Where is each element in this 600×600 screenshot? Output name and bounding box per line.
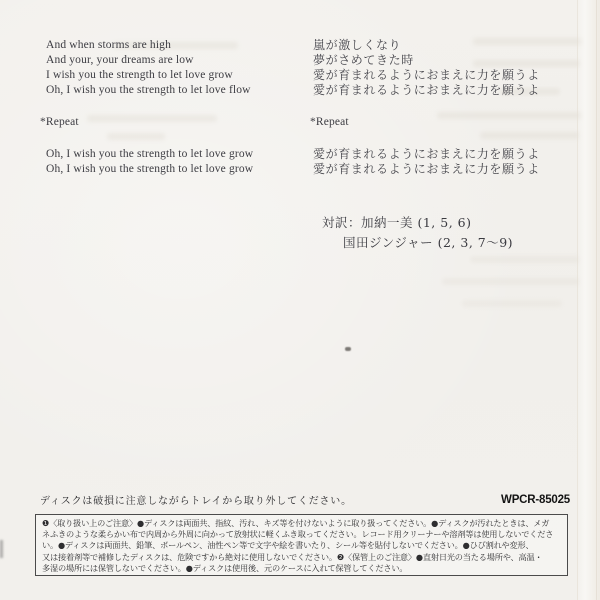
repeat-marker-english: *Repeat	[40, 115, 79, 130]
bleed-through-mark	[107, 133, 165, 140]
translation-credit-line2: 国田ジンジャー (2, 3, 7～9)	[343, 235, 513, 251]
repeat-marker-japanese: *Repeat	[310, 115, 349, 130]
handling-notice-line: 多湿の場所には保管しないでください。●ディスクは使用後、元のケースに入れて保管し…	[42, 563, 561, 574]
scan-speck	[345, 347, 351, 351]
page-edge-line	[596, 0, 597, 600]
lyric-line-japanese: 夢がさめてきた時	[313, 53, 414, 68]
lyric-line-japanese: 愛が育まれるようにおまえに力を願うよ	[313, 162, 540, 177]
scan-edge-smudge	[0, 540, 3, 558]
bleed-through-mark	[462, 300, 562, 307]
bleed-through-mark	[480, 132, 580, 139]
handling-notice-line: い。●ディスクは両面共、鉛筆、ボールペン、油性ペン等で文字や絵を書いたり、シール…	[42, 540, 561, 551]
bleed-through-mark	[437, 112, 585, 119]
bleed-through-mark	[473, 38, 590, 45]
lyric-line-english: Oh, I wish you the strength to let love …	[46, 162, 253, 177]
handling-notice-line: ネふきのような柔らかい布で内周から外周に向かって放射状に軽くふき取ってください。…	[42, 529, 561, 540]
page-edge-line	[577, 0, 578, 600]
bleed-through-mark	[442, 278, 580, 285]
lyric-line-japanese: 愛が育まれるようにおまえに力を願うよ	[313, 83, 540, 98]
lyric-line-japanese: 愛が育まれるようにおまえに力を願うよ	[313, 68, 540, 83]
bleed-through-mark	[470, 256, 580, 263]
bleed-through-mark	[473, 60, 581, 67]
booklet-page: And when storms are high And your, your …	[0, 0, 600, 600]
lyric-line-japanese: 愛が育まれるようにおまえに力を願うよ	[313, 147, 540, 162]
lyric-line-japanese: 嵐が激しくなり	[313, 38, 401, 53]
bleed-through-mark	[87, 115, 217, 122]
handling-notice-line: 又は接着剤等で補修したディスクは、危険ですから絶対に使用しないでください。❷〈保…	[42, 552, 561, 563]
lyric-line-english: Oh, I wish you the strength to let love …	[46, 147, 253, 162]
lyric-line-english: Oh, I wish you the strength to let love …	[46, 83, 251, 98]
translation-credit-line1: 対訳：加納一美 (1, 5, 6)	[322, 215, 471, 231]
handling-notice-box: ❶〈取り扱い上のご注意〉●ディスクは両面共、指紋、汚れ、キズ等を付けないように取…	[35, 514, 568, 576]
lyric-line-english: I wish you the strength to let love grow	[46, 68, 233, 83]
lyric-line-english: And your, your dreams are low	[46, 53, 194, 68]
disc-removal-note: ディスクは破損に注意しながらトレイから取り外してください。	[40, 495, 352, 508]
catalog-number: WPCR-85025	[501, 494, 570, 506]
lyric-line-english: And when storms are high	[46, 38, 171, 53]
handling-notice-line: ❶〈取り扱い上のご注意〉●ディスクは両面共、指紋、汚れ、キズ等を付けないように取…	[42, 518, 561, 529]
